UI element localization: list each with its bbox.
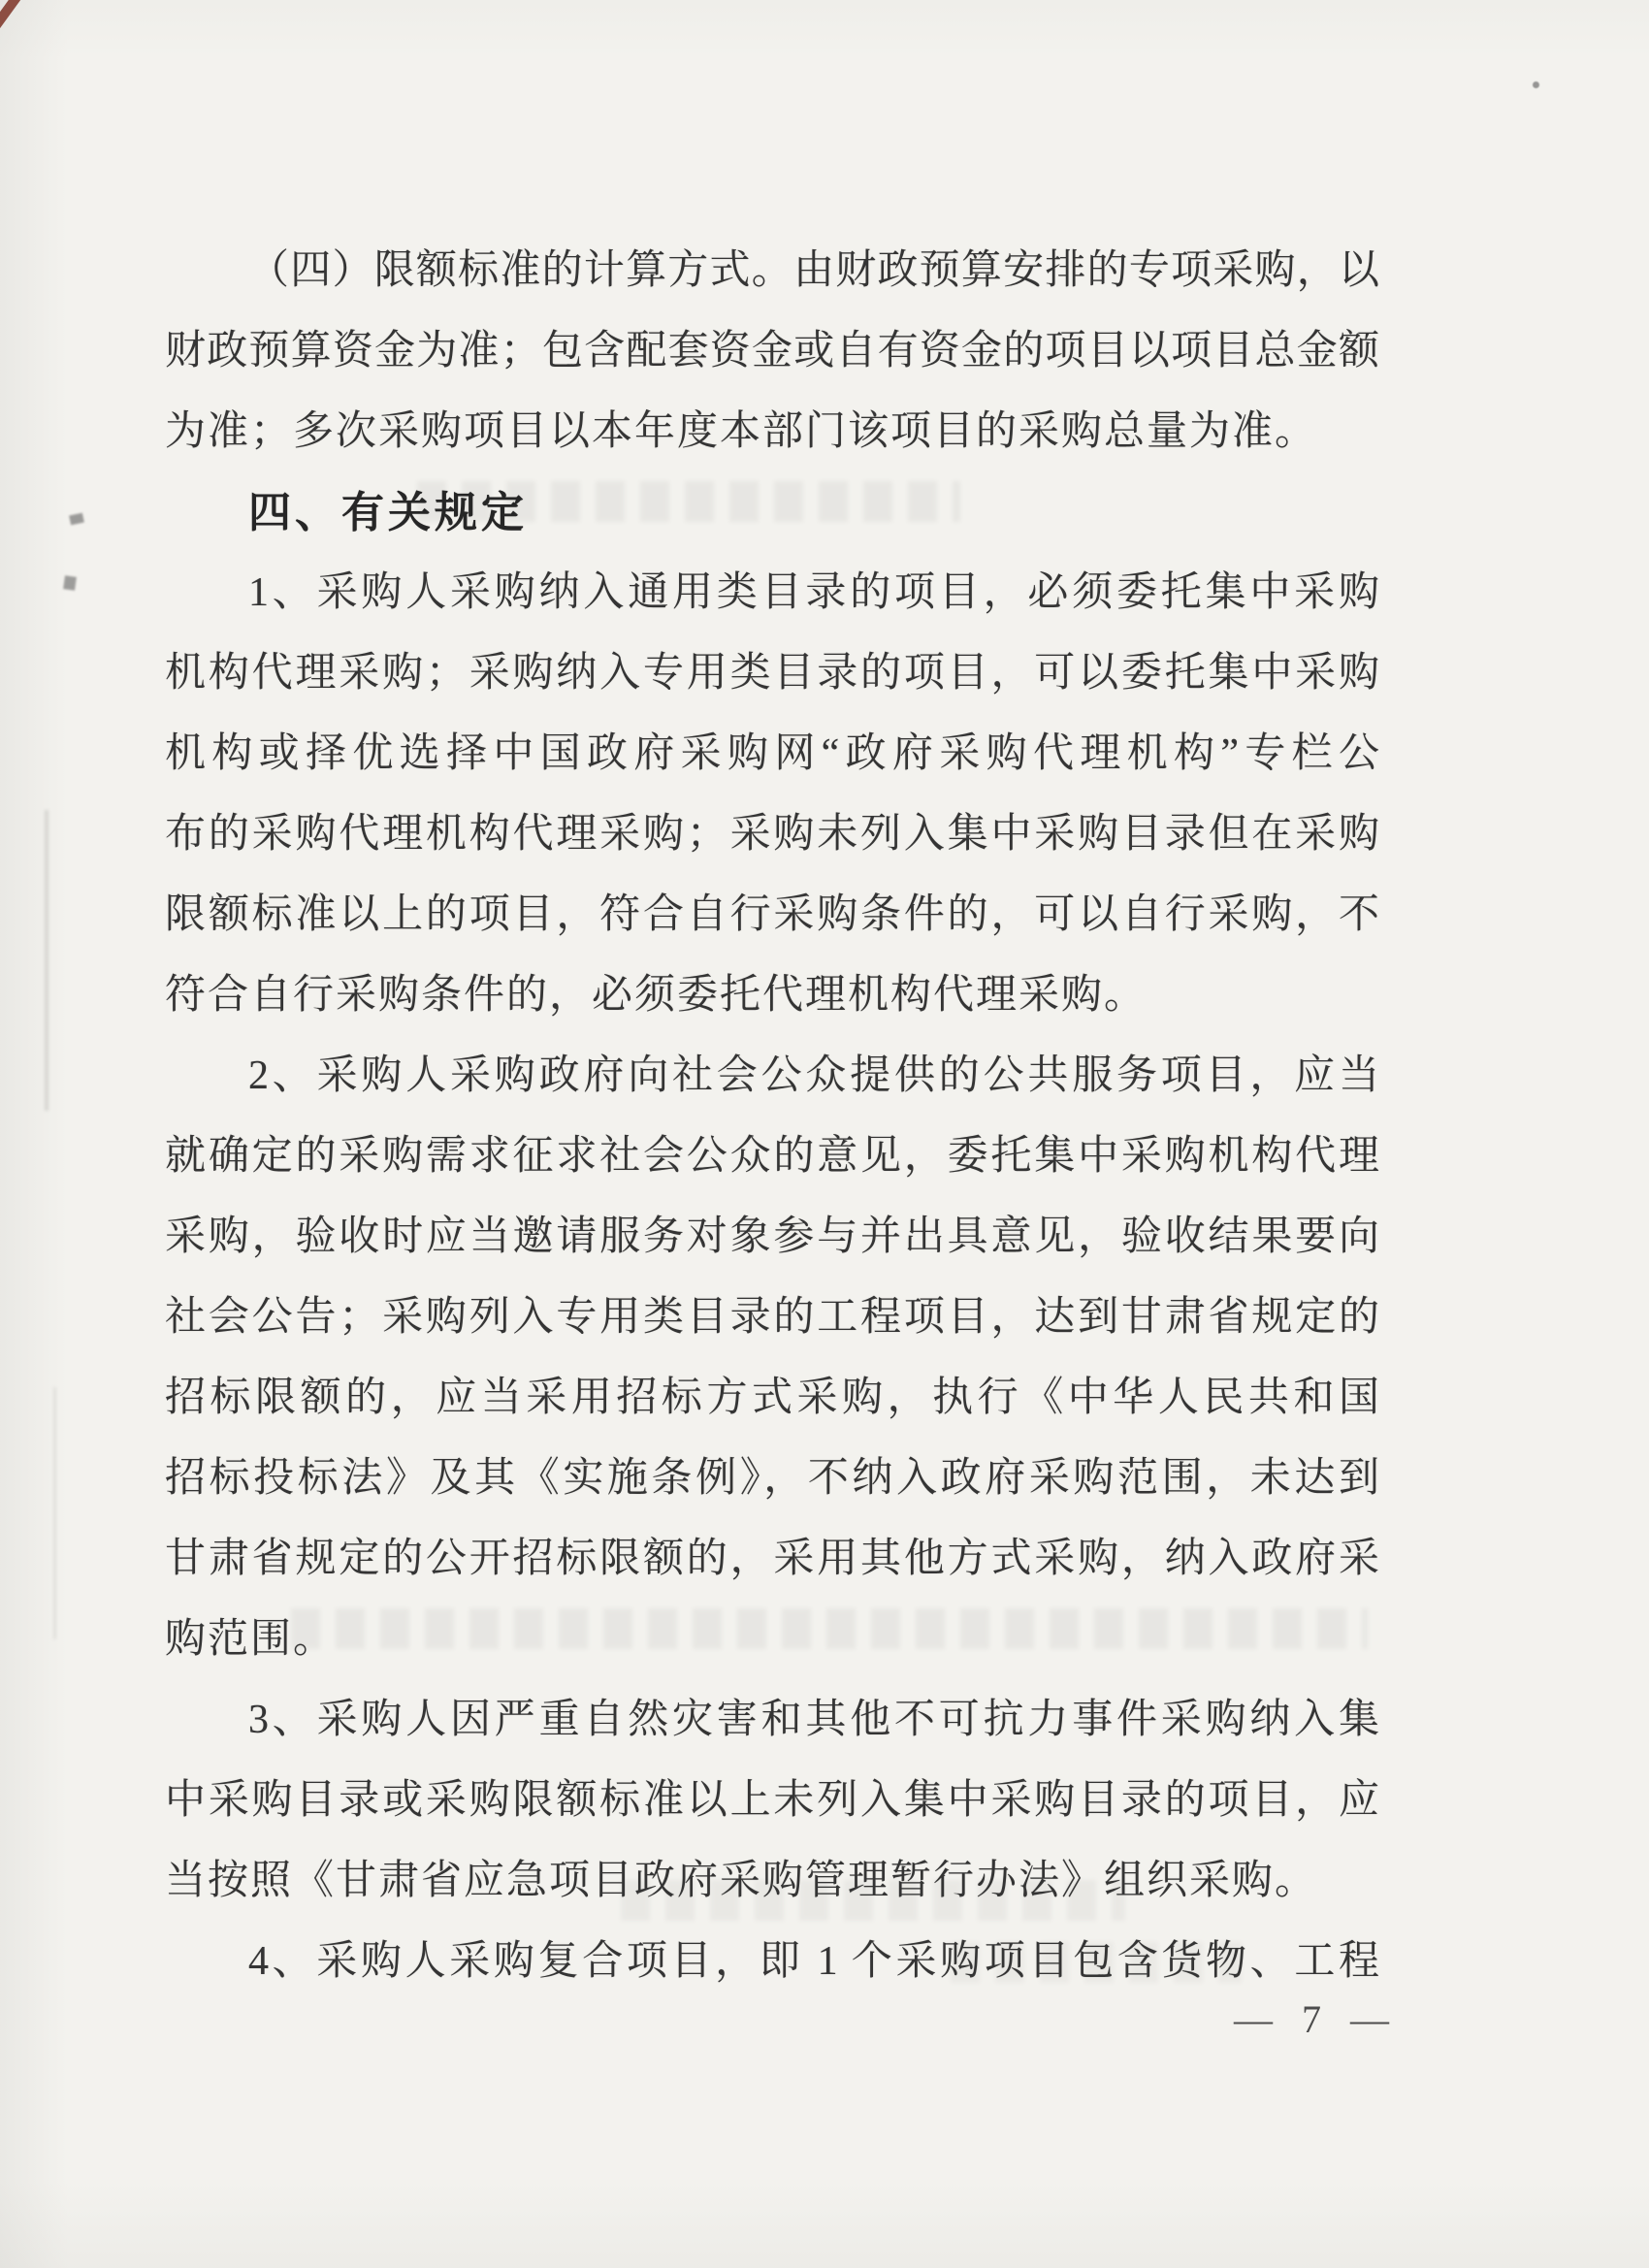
- text-line: 符合自行采购条件的，必须委托代理机构代理采购。: [165, 956, 1379, 1036]
- text-line: 中采购目录或采购限额标准以上未列入集中采购目录的项目，应: [165, 1761, 1379, 1841]
- page-number: — 7 —: [1234, 1996, 1399, 2043]
- text-line: 1、采购人采购纳入通用类目录的项目，必须委托集中采购: [165, 553, 1379, 633]
- text-line: 购范围。: [165, 1600, 1379, 1680]
- text-line: 限额标准以上的项目，符合自行采购条件的，可以自行采购，不: [165, 875, 1379, 956]
- scan-smudge: [69, 513, 84, 526]
- scan-speck: [1533, 81, 1539, 88]
- section-heading: 四、有关规定: [165, 472, 1379, 553]
- text-line: 采购，验收时应当邀请服务对象参与并出具意见，验收结果要向: [165, 1197, 1379, 1278]
- text-line: 3、采购人因严重自然灾害和其他不可抗力事件采购纳入集: [165, 1680, 1379, 1761]
- text-line: 甘肃省规定的公开招标限额的，采用其他方式采购，纳入政府采: [165, 1519, 1379, 1600]
- scan-streak: [53, 1387, 56, 1639]
- text-line: 招标限额的，应当采用招标方式采购，执行《中华人民共和国: [165, 1358, 1379, 1439]
- text-line: 招标投标法》及其《实施条例》，不纳入政府采购范围，未达到: [165, 1439, 1379, 1519]
- text-line: 财政预算资金为准；包含配套资金或自有资金的项目以项目总金额: [165, 311, 1379, 392]
- scan-smudge: [63, 575, 77, 591]
- corner-fold-mark: [0, 0, 21, 49]
- text-line: 就确定的采购需求征求社会公众的意见，委托集中采购机构代理: [165, 1117, 1379, 1197]
- text-line: 机构或择优选择中国政府采购网“政府采购代理机构”专栏公: [165, 714, 1379, 794]
- scanned-page: （四）限额标准的计算方式。由财政预算安排的专项采购，以 财政预算资金为准；包含配…: [0, 0, 1649, 2268]
- text-line: （四）限额标准的计算方式。由财政预算安排的专项采购，以: [165, 231, 1379, 311]
- text-line: 社会公告；采购列入专用类目录的工程项目，达到甘肃省规定的: [165, 1278, 1379, 1358]
- document-body: （四）限额标准的计算方式。由财政预算安排的专项采购，以 财政预算资金为准；包含配…: [165, 231, 1379, 2002]
- text-line: 当按照《甘肃省应急项目政府采购管理暂行办法》组织采购。: [165, 1841, 1379, 1922]
- text-line: 机构代理采购；采购纳入专用类目录的项目，可以委托集中采购: [165, 633, 1379, 714]
- text-line: 4、采购人采购复合项目，即 1 个采购项目包含货物、工程: [165, 1922, 1379, 2002]
- text-line: 2、采购人采购政府向社会公众提供的公共服务项目，应当: [165, 1036, 1379, 1117]
- scan-streak: [45, 810, 48, 1111]
- text-line: 布的采购代理机构代理采购；采购未列入集中采购目录但在采购: [165, 794, 1379, 875]
- text-line: 为准；多次采购项目以本年度本部门该项目的采购总量为准。: [165, 392, 1379, 472]
